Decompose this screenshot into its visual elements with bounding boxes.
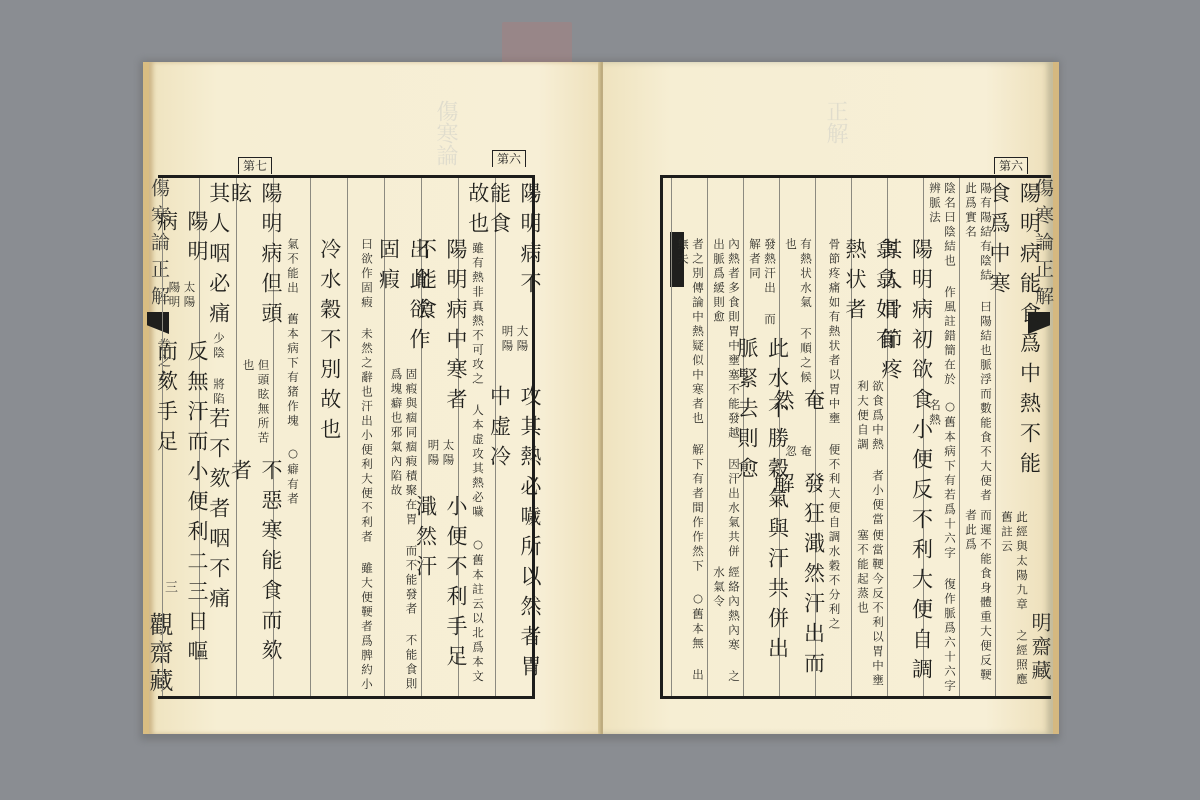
annotation-text: 大陽 明陽 [500,325,530,385]
annotation-text: 內熱者多食則胃中壅塞不能發越 因汗出水氣共併出脈爲緩則愈 [711,238,741,566]
text-column: 陽明病能食爲中熱不能食爲中寒 此經與太陽九章 之經照應 舊註云 [995,178,1032,696]
annotation-text: 者之別傳論中熱疑似中寒者也 解下有者間作作然下 ○舊本無 出無夫 [675,238,705,696]
text-column: 陽明病 太陽 陽明 反無汗而小便利二三日嘔而欬手足 [162,178,200,696]
annotation-text: 曰欲作固瘕 未然之辭也 [359,238,374,400]
annotation-text: 太陽 明陽 [426,439,456,495]
annotation-text: 而遲不能食身體重大便反鞕者此爲 [963,509,993,696]
main-text: 故也 [462,182,493,242]
annotation-text: 欲食爲中熱 者小便當利大便自調 [855,380,885,529]
annotation-text: 便當鞕今反不利以胃中壅塞不能起蒸也 [855,529,885,696]
text-column: 陽明病但頭眩 但頭眩無所苦也 不惡寒能食而欬者 [236,178,274,696]
bleed-through-text: 正解 [820,100,851,144]
left-text-frame: 陽明病不能食 大陽 明陽 攻其熱必噦所以然者胃中虚冷 故也 雖有熱非真熱不可攻之… [158,175,535,699]
annotation-text: 雖有熱非真熱不可攻之 人本虚攻其熱必噦 ○舊本註云以北爲本文 [470,242,485,685]
text-column: 者之別傳論中熱疑似中寒者也 解下有者間作作然下 ○舊本無 出無夫 [671,178,708,696]
annotation-text: 此經與太陽九章 之經照應 舊註云 [999,511,1029,696]
annotation-text: 氣不能出 舊本病下有猪作塊 ○癖 [285,238,300,478]
left-page-prev-section-tab: 第六 [492,150,526,167]
right-text-frame: 陽明病能食爲中熱不能食爲中寒 此經與太陽九章 之經照應 舊註云 陽有陽結有陰結 … [660,175,1051,699]
annotation-text: 固瘕與痼同痼瘕積聚在胃 而不能發者 不能食則爲塊癖也邪氣內陷故 [389,368,419,696]
text-column: 發熱汗出 而解者同 此水不勝穀氣與汗共併出脈緊去則愈 [743,178,780,696]
right-page-section-tab: 第六 [994,157,1028,174]
annotation-text: 但頭眩無所苦也 [241,359,271,459]
annotation-text: 陽有陽結有陰結 曰陽結也脈浮而數能食不大便者此爲實名 [963,182,993,509]
left-page-section-tab: 第七 [238,157,272,174]
text-column: 冷水穀不別故也 [310,178,348,696]
bleed-through-text: 傷寒論 [430,100,461,166]
main-text: 陽明病 [151,210,212,281]
annotation-text: 有者 [285,478,300,507]
text-column: 內熱者多食則胃中壅塞不能發越 因汗出水氣共併出脈爲緩則愈 經絡內熱內寒 之水氣令 [707,178,744,696]
text-column: 陽明病不能食 大陽 明陽 攻其熱必噦所以然者胃中虚冷 [495,178,533,696]
annotation-text: 經絡內熱內寒 之水氣令 [711,566,741,696]
annotation-text: 發熱汗出 而解者同 [747,238,777,337]
main-text: 冷水穀不別故也 [314,238,345,448]
text-column: 出此欲作固瘕 固瘕與痼同痼瘕積聚在胃 而不能發者 不能食則爲塊癖也邪氣內陷故 [384,178,422,696]
text-column: 翕翕如有熱状者 欲食爲中熱 者小便當利大便自調 便當鞕今反不利以胃中壅塞不能起蒸… [851,178,888,696]
annotation-text: 骨節疼痛如有熱状者以胃中壅 便不利大便自調水穀不分利之 [827,238,842,632]
annotation-text: 太陽 陽明 [167,281,197,340]
main-text: 反無汗而小便利二三日嘔而欬手足 [151,340,212,696]
text-column: 陽有陽結有陰結 曰陽結也脈浮而數能食不大便者此爲實名 而遲不能食身體重大便反鞕者… [959,178,996,696]
annotation-text: 少陰 將陷 [211,332,226,407]
annotation-text: 汗出小便利大便不利者 雖大便鞕者爲脾約小 [359,400,374,693]
text-column: 曰欲作固瘕 未然之辭也 汗出小便利大便不利者 雖大便鞕者爲脾約小 [347,178,385,696]
